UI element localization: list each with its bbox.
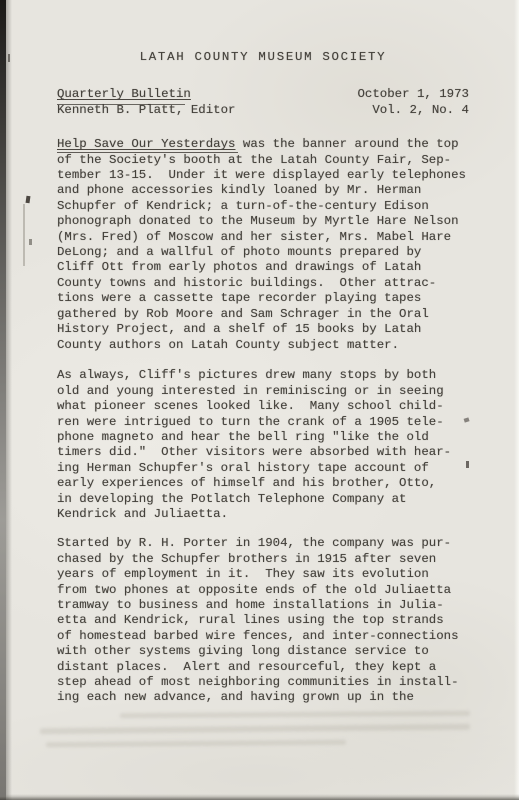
scanned-bulletin-page: LATAH COUNTY MUSEUM SOCIETY Quarterly Bu… [0, 0, 519, 800]
scan-edge-left [0, 0, 6, 800]
margin-mark [29, 239, 32, 245]
typed-underline-artifact [57, 152, 238, 153]
paragraph-fair-booth-text: was the banner around the top of the Soc… [57, 137, 466, 351]
paragraph-cliffs-pictures: As always, Cliff's pictures drew many st… [57, 368, 469, 522]
paragraph-telephone-company: Started by R. H. Porter in 1904, the com… [57, 536, 469, 705]
paper-crease [23, 204, 25, 266]
scan-edge-right [514, 0, 519, 800]
margin-mark [26, 196, 31, 203]
page-content: LATAH COUNTY MUSEUM SOCIETY Quarterly Bu… [57, 50, 469, 706]
paragraph-fair-booth: Help Save Our Yesterdays was the banner … [57, 137, 469, 353]
showthrough-text-ghost [40, 724, 470, 735]
typed-underline-artifact [57, 104, 185, 105]
document-title: LATAH COUNTY MUSEUM SOCIETY [57, 50, 469, 65]
masthead-left: Quarterly Bulletin Kenneth B. Platt, Edi… [57, 87, 235, 118]
showthrough-text-ghost [46, 740, 346, 748]
showthrough-text-ghost [120, 711, 470, 718]
publication-name: Quarterly Bulletin [57, 87, 235, 102]
volume-number: Vol. 2, No. 4 [357, 103, 469, 118]
banner-slogan: Help Save Our Yesterdays [57, 137, 235, 151]
scan-edge-bottom [0, 794, 519, 800]
masthead-right: October 1, 1973 Vol. 2, No. 4 [357, 87, 469, 118]
issue-date: October 1, 1973 [357, 87, 469, 102]
margin-mark [466, 461, 469, 468]
masthead: Quarterly Bulletin Kenneth B. Platt, Edi… [57, 87, 469, 118]
